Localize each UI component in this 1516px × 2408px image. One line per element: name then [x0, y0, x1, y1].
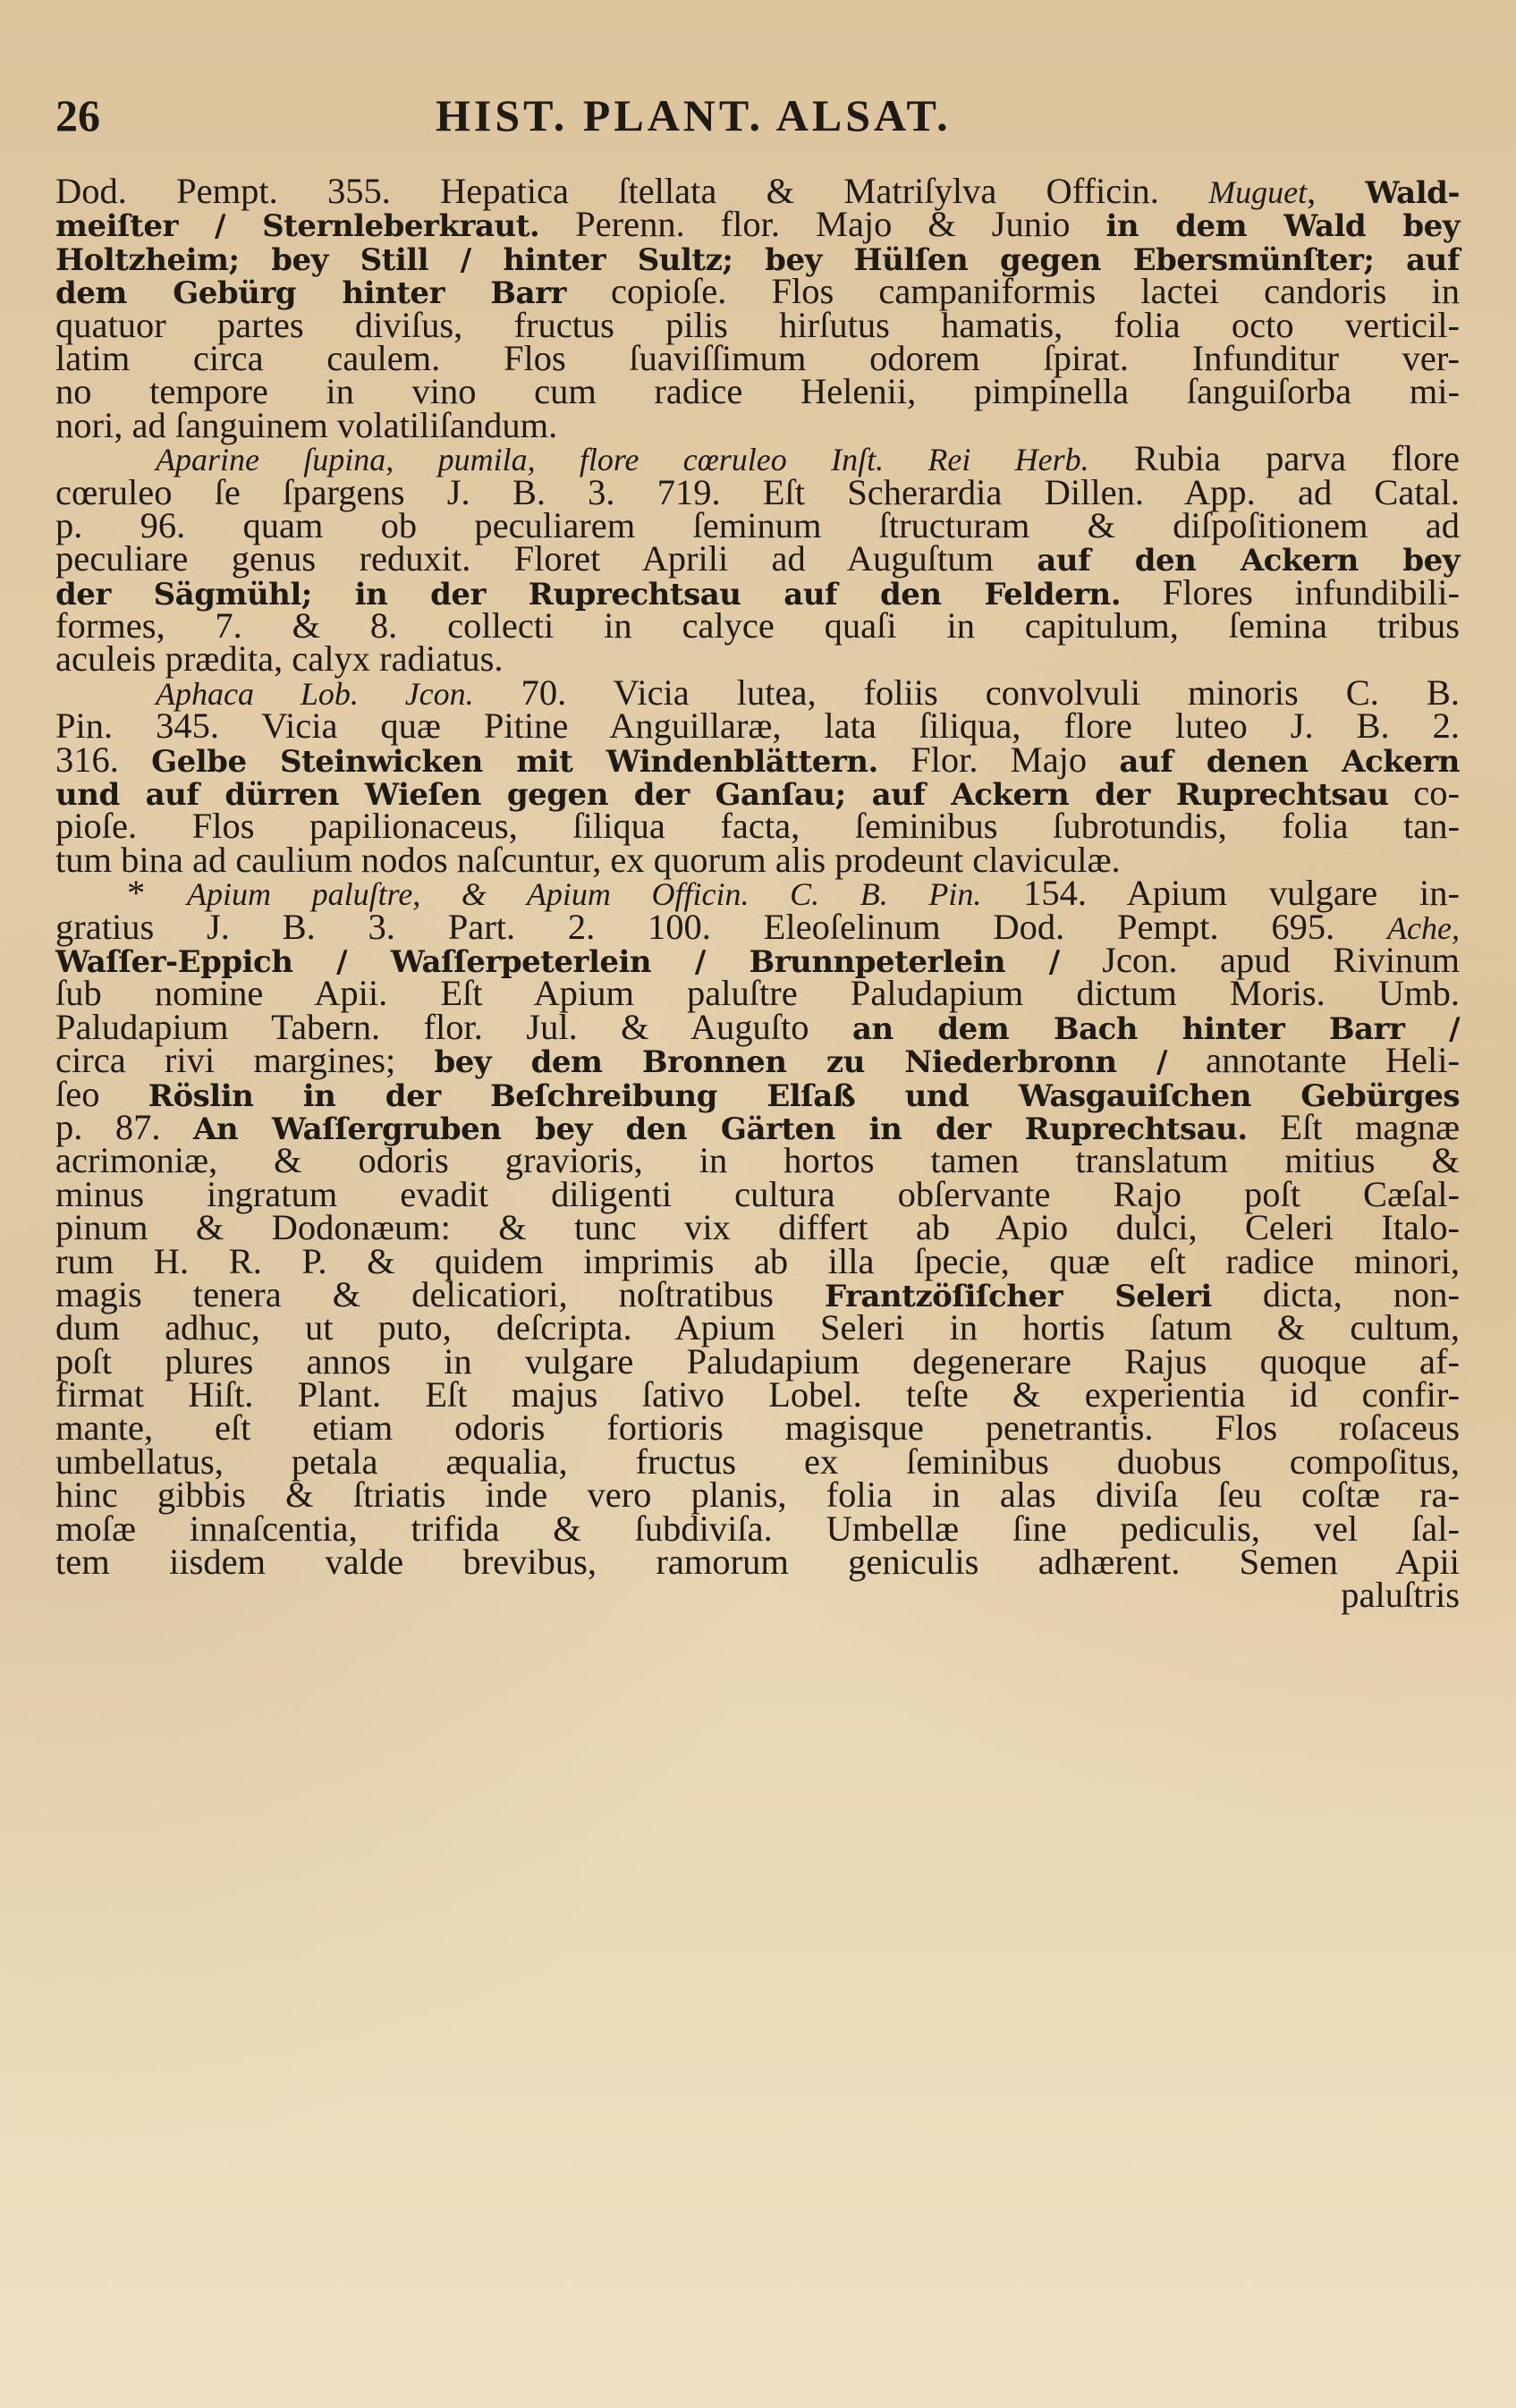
text-line: poſt plures annos in vulgare Paludapium …: [55, 1345, 1460, 1378]
text-line: moſæ innaſcentia, trifida & ſubdiviſa. U…: [55, 1512, 1460, 1545]
text-line: p. 87. An Waſſergruben bey den Gärten in…: [55, 1111, 1460, 1144]
fraktur-text: in dem Wald bey: [1105, 208, 1460, 244]
text-line: dum adhuc, ut puto, deſcripta. Apium Sel…: [55, 1311, 1460, 1344]
text-line: formes, 7. & 8. collecti in calyce quaſi…: [55, 609, 1460, 642]
text-line: tem iisdem valde brevibus, ramorum genic…: [55, 1545, 1460, 1578]
latin-text: ,: [1307, 171, 1365, 211]
fraktur-text: meiſter / Sternleberkraut.: [55, 208, 539, 244]
text-line: pioſe. Flos papilionaceus, ſiliqua facta…: [55, 809, 1460, 842]
text-line: aculeis prædita, calyx radiatus.: [55, 642, 1460, 675]
fraktur-text: bey dem Bronnen zu Niederbronn /: [435, 1044, 1167, 1080]
text-line: quatuor partes diviſus, fructus pilis hi…: [55, 308, 1460, 342]
latin-text: nori, ad ſanguinem volatiliſandum.: [55, 405, 557, 445]
text-line: firmat Hiſt. Plant. Eſt majus ſativo Lob…: [55, 1378, 1460, 1411]
page-header: 26 HIST. PLANT. ALSAT.: [55, 89, 1460, 152]
fraktur-text: Wald-: [1365, 175, 1460, 211]
running-head: HIST. PLANT. ALSAT.: [436, 89, 952, 141]
text-line: Holtzheim; bey Still / hinter Sultz; bey…: [55, 241, 1460, 275]
text-line: der Sägmühl; in der Ruprechtsau auf den …: [55, 576, 1460, 609]
text-line: latim circa caulem. Flos ſuaviſſimum odo…: [55, 342, 1460, 375]
latin-text: tem iisdem valde brevibus, ramorum genic…: [55, 1542, 1460, 1582]
text-line: umbellatus, petala æqualia, fructus ex ſ…: [55, 1445, 1460, 1478]
page-number: 26: [55, 89, 100, 141]
latin-text: paluſtris: [1341, 1575, 1460, 1615]
text-line: gratius J. B. 3. Part. 2. 100. Eleoſelin…: [55, 910, 1460, 943]
body-text: Dod. Pempt. 355. Hepatica ſtellata & Mat…: [55, 174, 1460, 1612]
italic-citation: Muguet: [1208, 174, 1307, 210]
text-line: minus ingratum evadit diligenti cultura …: [55, 1178, 1460, 1211]
text-line: paluſtris: [55, 1578, 1460, 1611]
fraktur-text: Gelbe Steinwicken mit Windenblättern.: [151, 744, 878, 780]
text-line: acrimoniæ, & odoris gravioris, in hortos…: [55, 1144, 1460, 1177]
latin-text: Flor. Majo: [878, 739, 1120, 780]
text-line: rum H. R. P. & quidem imprimis ab illa ſ…: [55, 1245, 1460, 1278]
text-line: Dod. Pempt. 355. Hepatica ſtellata & Mat…: [55, 174, 1460, 207]
latin-text: 316.: [55, 739, 151, 780]
text-line: * Apium paluſtre, & Apium Officin. C. B.…: [55, 876, 1460, 909]
text-line: und auf dürren Wieſen gegen der Ganſau; …: [55, 776, 1460, 809]
text-line: Aphaca Lob. Jcon. 70. Vicia lutea, folii…: [55, 676, 1460, 709]
latin-text: annotante Heli-: [1167, 1040, 1460, 1080]
text-line: Pin. 345. Vicia quæ Pitine Anguillaræ, l…: [55, 709, 1460, 742]
text-line: no tempore in vino cum radice Helenii, p…: [55, 375, 1460, 408]
text-line: p. 96. quam ob peculiarem ſeminum ſtruct…: [55, 509, 1460, 542]
latin-text: Perenn. flor. Majo & Junio: [539, 204, 1105, 244]
text-line: 316. Gelbe Steinwicken mit Windenblätter…: [55, 743, 1460, 776]
text-line: ſub nomine Apii. Eſt Apium paluſtre Palu…: [55, 976, 1460, 1010]
text-line: Aparine ſupina, pumila, flore cœruleo In…: [55, 442, 1460, 475]
text-line: Paludapium Tabern. flor. Jul. & Auguſto …: [55, 1010, 1460, 1043]
text-line: cœruleo ſe ſpargens J. B. 3. 719. Eſt Sc…: [55, 476, 1460, 509]
latin-text: tum bina ad caulium nodos naſcuntur, ex …: [55, 840, 1121, 880]
text-line: tum bina ad caulium nodos naſcuntur, ex …: [55, 843, 1460, 876]
text-line: hinc gibbis & ſtriatis inde vero planis,…: [55, 1478, 1460, 1511]
text-line: pinum & Dodonæum: & tunc vix differt ab …: [55, 1211, 1460, 1244]
latin-text: Pin. 345. Vicia quæ Pitine Anguillaræ, l…: [55, 706, 1460, 746]
text-line: meiſter / Sternleberkraut. Perenn. flor.…: [55, 207, 1460, 241]
latin-text: aculeis prædita, calyx radiatus.: [55, 638, 503, 679]
text-line: peculiare genus reduxit. Floret Aprili a…: [55, 542, 1460, 575]
text-line: nori, ad ſanguinem volatiliſandum.: [55, 409, 1460, 442]
text-line: mante, eſt etiam odoris fortioris magisq…: [55, 1411, 1460, 1444]
text-line: ſeo Röslin in der Beſchreibung Elſaß und…: [55, 1077, 1460, 1111]
text-line: magis tenera & delicatiori, noſtratibus …: [55, 1278, 1460, 1311]
text-line: Waſſer-Eppich / Waſſerpeterlein / Brunnp…: [55, 943, 1460, 976]
text-line: circa rivi margines; bey dem Bronnen zu …: [55, 1043, 1460, 1077]
text-line: dem Gebürg hinter Barr copioſe. Flos cam…: [55, 275, 1460, 308]
latin-text: peculiare genus reduxit. Floret Aprili a…: [55, 538, 1037, 579]
